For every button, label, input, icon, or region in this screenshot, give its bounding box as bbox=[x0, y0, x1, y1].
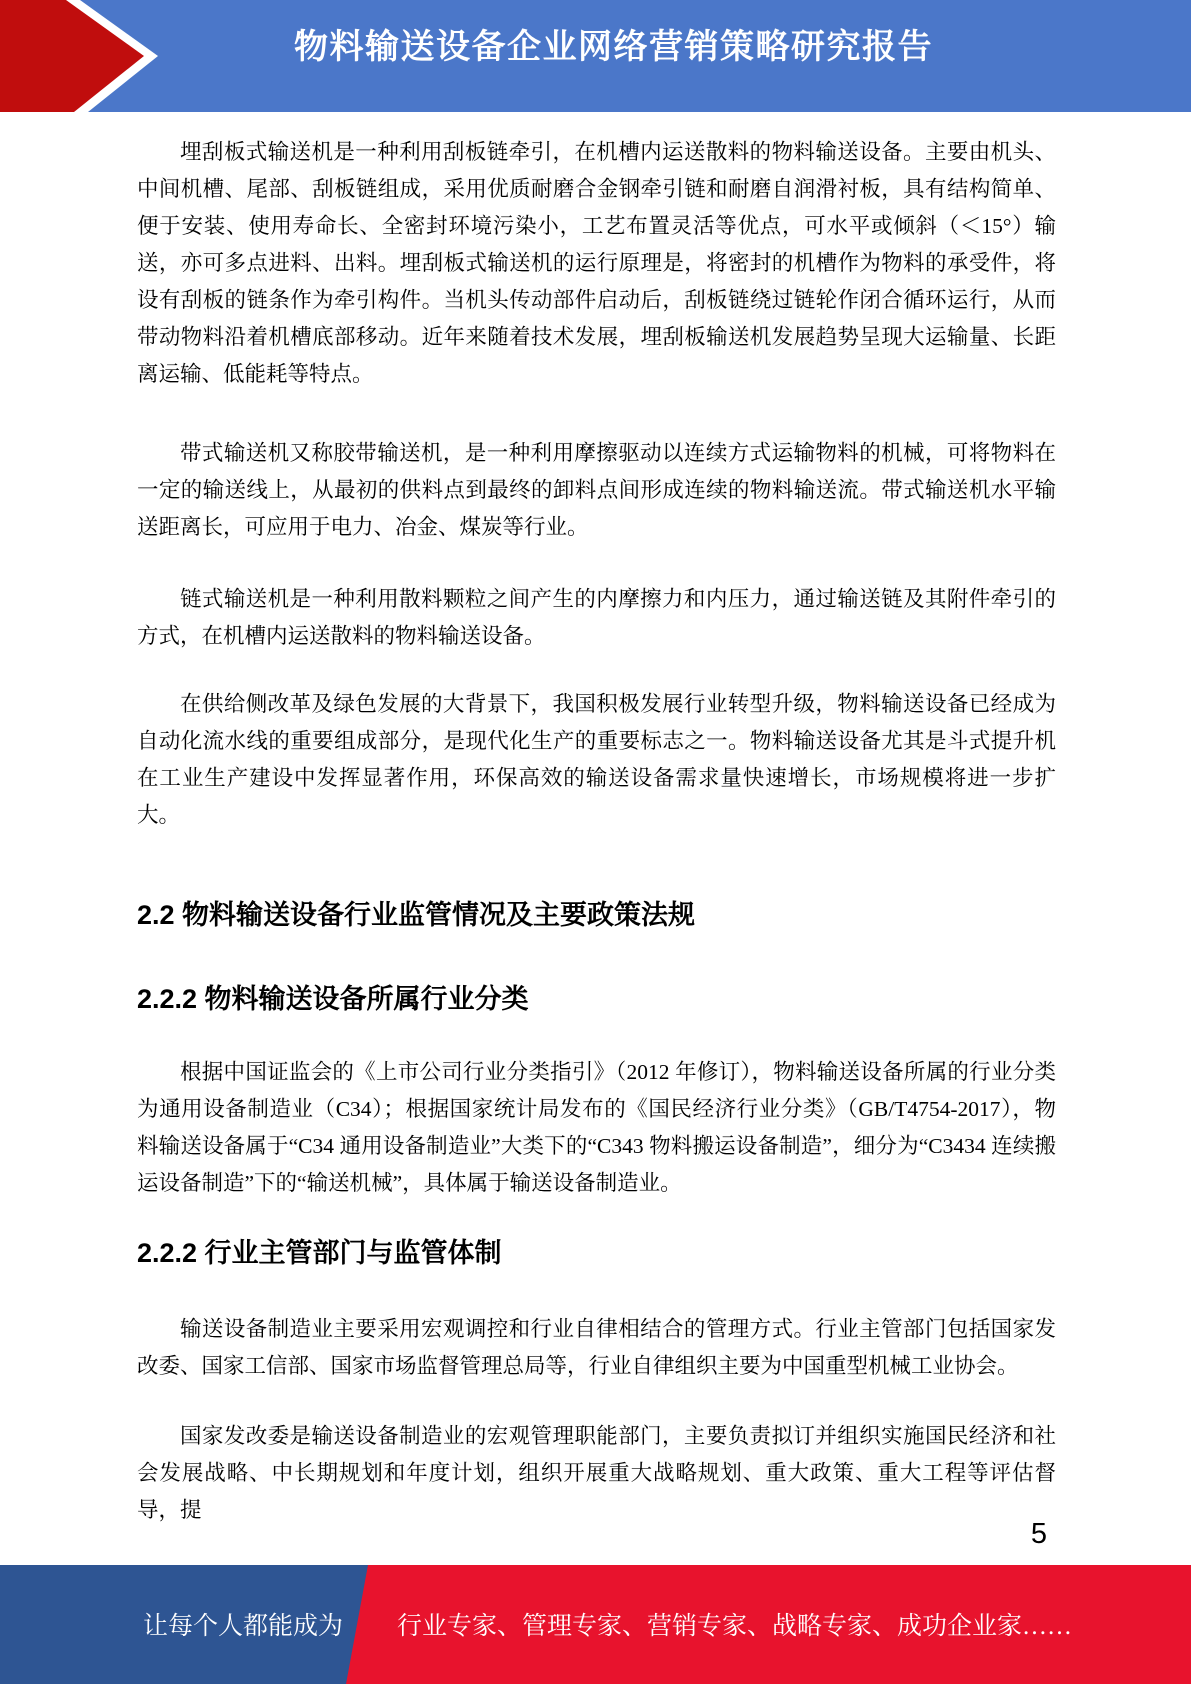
subsection-heading-industry-classification: 2.2.2 物料输送设备所属行业分类 bbox=[137, 982, 1056, 1016]
header-banner: 物料输送设备企业网络营销策略研究报告 bbox=[0, 0, 1191, 112]
paragraph-belt-conveyor: 带式输送机又称胶带输送机，是一种利用摩擦驱动以连续方式运输物料的机械，可将物料在… bbox=[137, 435, 1056, 546]
subsection-heading-regulatory-system: 2.2.2 行业主管部门与监管体制 bbox=[137, 1236, 1056, 1270]
footer-banner: 让每个人都能成为 行业专家、管理专家、营销专家、战略专家、成功企业家…… bbox=[0, 1565, 1191, 1684]
paragraph-ndrc-functions: 国家发改委是输送设备制造业的宏观管理职能部门，主要负责拟订并组织实施国民经济和社… bbox=[137, 1418, 1056, 1529]
paragraph-industry-classification: 根据中国证监会的《上市公司行业分类指引》（2012 年修订），物料输送设备所属的… bbox=[137, 1054, 1056, 1202]
page-number: 5 bbox=[1031, 1518, 1047, 1550]
paragraph-chain-conveyor: 链式输送机是一种利用散料颗粒之间产生的内摩擦力和内压力，通过输送链及其附件牵引的… bbox=[137, 581, 1056, 655]
footer-slogan-left: 让每个人都能成为 bbox=[143, 1613, 343, 1641]
section-heading-regulation: 2.2 物料输送设备行业监管情况及主要政策法规 bbox=[137, 898, 1056, 932]
paragraph-regulatory-bodies: 输送设备制造业主要采用宏观调控和行业自律相结合的管理方式。行业主管部门包括国家发… bbox=[137, 1311, 1056, 1385]
report-title: 物料输送设备企业网络营销策略研究报告 bbox=[0, 26, 1191, 68]
paragraph-buried-scraper-conveyor: 埋刮板式输送机是一种利用刮板链牵引，在机槽内运送散料的物料输送设备。主要由机头、… bbox=[137, 134, 1056, 393]
paragraph-industry-upgrade: 在供给侧改革及绿色发展的大背景下，我国积极发展行业转型升级，物料输送设备已经成为… bbox=[137, 686, 1056, 834]
footer-slogan-right: 行业专家、管理专家、营销专家、战略专家、成功企业家…… bbox=[397, 1613, 1072, 1641]
